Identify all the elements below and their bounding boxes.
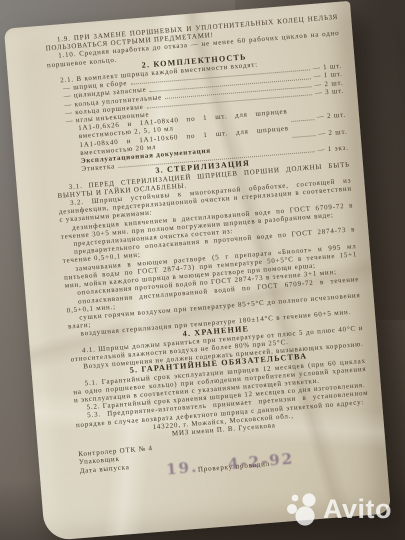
- avito-watermark-text: Avito: [323, 496, 392, 523]
- avito-logo-icon: [286, 491, 319, 527]
- date-stamp-day: 19.: [165, 458, 199, 479]
- avito-watermark: Avito: [286, 491, 392, 527]
- leaflet-text: 1.9. ПРИ ЗАМЕНЕ ПОРШНЕВЫХ И УПЛОТНИТЕЛЬН…: [45, 13, 374, 483]
- photo-of-document: 1.9. ПРИ ЗАМЕНЕ ПОРШНЕВЫХ И УПЛОТНИТЕЛЬН…: [0, 0, 405, 540]
